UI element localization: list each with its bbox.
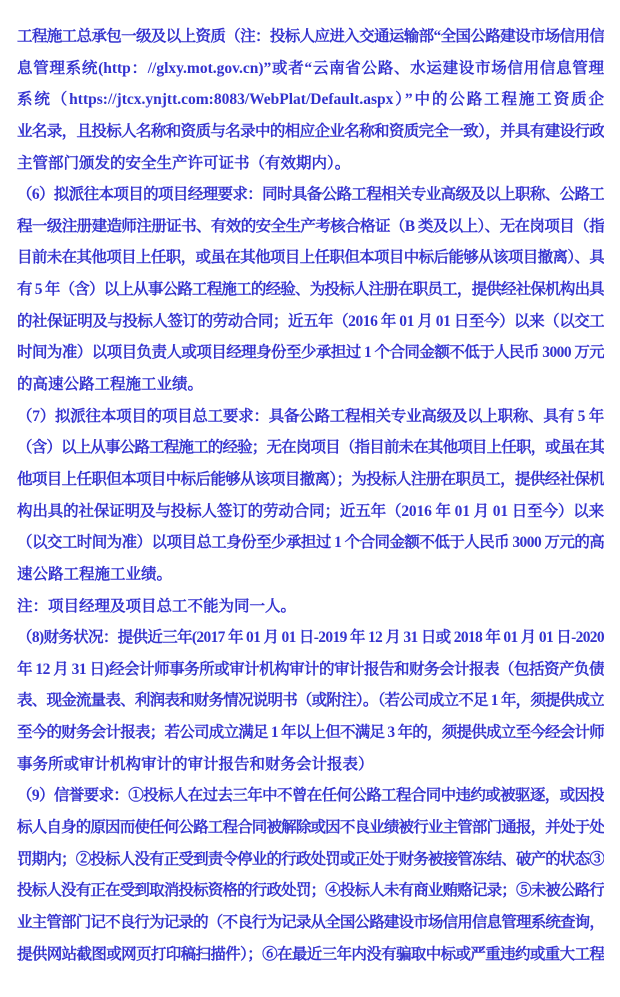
text-line: （以交工时间为准）以项目总工身份至少承担过 1 个合同金额不低于人民币 3000… [17, 527, 604, 559]
text-line: 投标人没有正在受到取消投标资格的行政处罚；④投标人未有商业贿赂记录；⑤未被公路行 [17, 875, 604, 907]
text-line: 速公路工程施工业绩。 [17, 559, 604, 591]
text-line: （9）信誉要求：①投标人在过去三年中不曾在任何公路工程合同中违约或被驱逐，或因投 [17, 780, 604, 812]
text-line: 年 12 月 31 日)经会计师事务所或审计机构审计的审计报告和财务会计报表（包… [17, 654, 604, 686]
text-line: （6）拟派往本项目的项目经理要求：同时具备公路工程相关专业高级及以上职称、公路工 [17, 179, 604, 211]
document-page: 工程施工总承包一级及以上资质（注：投标人应进入交通运输部“全国公路建设市场信用信… [0, 0, 620, 997]
text-line: 他项目上任职但本项目中标后能够从该项目撤离）；为投标人注册在职员工，提供经社保机 [17, 464, 604, 496]
text-line: （含）以上从事公路工程施工的经验；无在岗项目（指目前未在其他项目上任职，或虽在其 [17, 432, 604, 464]
text-line: 事务所或审计机构审计的审计报告和财务会计报表） [17, 749, 604, 781]
paragraph-item-6-project-manager-requirement: （6）拟派往本项目的项目经理要求：同时具备公路工程相关专业高级及以上职称、公路工… [17, 179, 604, 400]
text-line: 至今的财务会计报表；若公司成立满足 1 年以上但不满足 3 年的，须提供成立至今… [17, 717, 604, 749]
text-line: 的社保证明及与投标人签订的劳动合同；近五年（2016 年 01 月 01 日至今… [17, 306, 604, 338]
text-line: 提供网站截图或网页打印稿扫描件）；⑥在最近三年内没有骗取中标或严重违约或重大工程 [17, 939, 604, 971]
document-body: 工程施工总承包一级及以上资质（注：投标人应进入交通运输部“全国公路建设市场信用信… [17, 21, 604, 970]
text-line: 罚期内；②投标人没有正受到责令停业的行政处罚或正处于财务被接管冻结、破产的状态③ [17, 844, 604, 876]
text-line: 时间为准）以项目负责人或项目经理身份至少承担过 1 个合同金额不低于人民币 30… [17, 337, 604, 369]
text-line: 业主管部门记不良行为记录的（不良行为记录从全国公路建设市场信用信息管理系统查询， [17, 907, 604, 939]
paragraph-note-not-same-person: 注：项目经理及项目总工不能为同一人。 [17, 591, 604, 623]
text-line: 程一级注册建造师注册证书、有效的安全生产考核合格证（B 类及以上）、无在岗项目（… [17, 211, 604, 243]
text-line: 系统（https://jtcx.ynjtt.com:8083/WebPlat/D… [17, 84, 604, 116]
text-line: 注：项目经理及项目总工不能为同一人。 [17, 591, 604, 623]
paragraph-item-8-financial-status: （8)财务状况：提供近三年(2017 年 01 月 01 日-2019 年 12… [17, 622, 604, 780]
text-line: 目前未在其他项目上任职，或虽在其他项目上任职但本项目中标后能够从该项目撤离）、具 [17, 242, 604, 274]
text-line: （7）拟派往本项目的项目总工要求：具备公路工程相关专业高级及以上职称、具有 5 … [17, 401, 604, 433]
text-line: 业名录，且投标人名称和资质与名录中的相应企业名称和资质完全一致），并具有建设行政 [17, 116, 604, 148]
text-line: 构出具的社保证明及与投标人签订的劳动合同；近五年（2016 年 01 月 01 … [17, 496, 604, 528]
text-line: 有 5 年（含）以上从事公路工程施工的经验、为投标人注册在职员工，提供经社保机构… [17, 274, 604, 306]
text-line: 工程施工总承包一级及以上资质（注：投标人应进入交通运输部“全国公路建设市场信用信 [17, 21, 604, 53]
paragraph-qualification-requirement-continued: 工程施工总承包一级及以上资质（注：投标人应进入交通运输部“全国公路建设市场信用信… [17, 21, 604, 179]
text-line: 息管理系统(http：//glxy.mot.gov.cn)”或者“云南省公路、水… [17, 53, 604, 85]
text-line: 的高速公路工程施工业绩。 [17, 369, 604, 401]
text-line: （8)财务状况：提供近三年(2017 年 01 月 01 日-2019 年 12… [17, 622, 604, 654]
paragraph-item-9-reputation-requirement: （9）信誉要求：①投标人在过去三年中不曾在任何公路工程合同中违约或被驱逐，或因投… [17, 780, 604, 970]
text-line: 主管部门颁发的安全生产许可证书（有效期内）。 [17, 148, 604, 180]
text-line: 标人自身的原因而使任何公路工程合同被解除或因不良业绩被行业主管部门通报，并处于处 [17, 812, 604, 844]
paragraph-item-7-chief-engineer-requirement: （7）拟派往本项目的项目总工要求：具备公路工程相关专业高级及以上职称、具有 5 … [17, 401, 604, 591]
text-line: 表、现金流量表、利润表和财务情况说明书（或附注）。（若公司成立不足 1 年，须提… [17, 685, 604, 717]
